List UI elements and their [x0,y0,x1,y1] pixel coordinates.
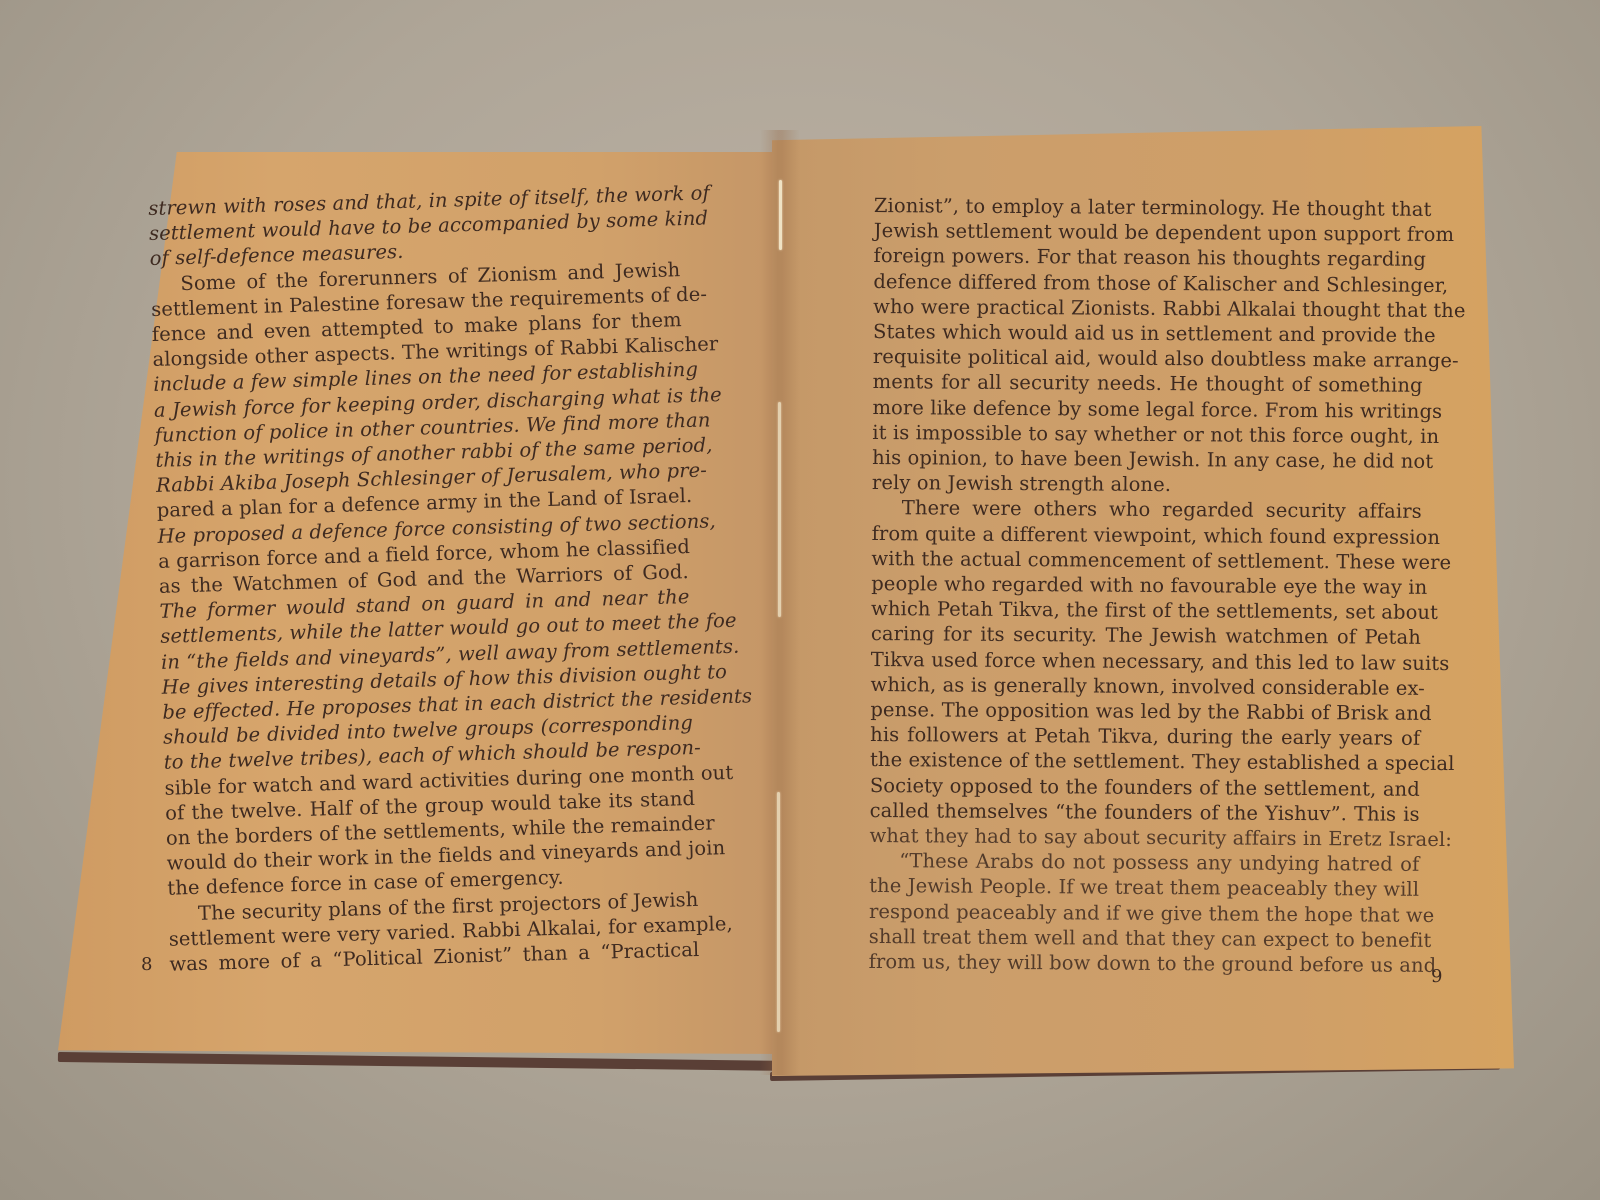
text-line: called themselves “the founders of the Y… [870,798,1420,827]
text-line: defence differed from those of Kalischer… [873,269,1423,298]
text-line: pense. The opposition was led by the Rab… [870,697,1420,726]
text-line: respond peaceably and if we give them th… [869,899,1419,928]
page-number-left: 8 [141,954,152,975]
text-line: rely on Jewish strength alone. [872,470,1422,499]
text-line: from us, they will bow down to the groun… [869,949,1419,978]
left-page-text: strewn with roses and that, in spite of … [148,181,700,977]
binding-stitch-bottom [777,792,780,1032]
text-line: it is impossible to say whether or not t… [872,420,1422,449]
text-line: more like defence by some legal force. F… [872,395,1422,424]
open-book: strewn with roses and that, in spite of … [0,0,1600,1200]
text-line: foreign powers. For that reason his thou… [873,243,1423,272]
right-page-text: Zionist”, to employ a later terminology.… [869,193,1424,978]
text-line: which Petah Tikva, the first of the sett… [871,596,1421,625]
text-line: “These Arabs do not possess any undying … [869,848,1419,877]
text-line: There were others who regarded security … [872,495,1422,524]
text-line: from quite a different viewpoint, which … [872,521,1422,550]
text-line: caring for its security. The Jewish watc… [871,621,1421,650]
text-line: which, as is generally known, involved c… [870,672,1420,701]
text-line: Zionist”, to employ a later terminology.… [874,193,1424,222]
text-line: Society opposed to the founders of the s… [870,773,1420,802]
text-line: with the actual commencement of settleme… [871,546,1421,575]
text-line: Jewish settlement would be dependent upo… [874,218,1424,247]
text-line: his followers at Petah Tikva, during the… [870,722,1420,751]
text-line: his opinion, to have been Jewish. In any… [872,445,1422,474]
text-line: who were practical Zionists. Rabbi Alkal… [873,294,1423,323]
page-number-right: 9 [1431,966,1442,987]
left-page-edge [58,1052,778,1071]
text-line: States which would aid us in settlement … [873,319,1423,348]
text-line: shall treat them well and that they can … [869,924,1419,953]
text-line: people who regarded with no favourable e… [871,571,1421,600]
binding-stitch-top [779,180,782,250]
text-line: the Jewish People. If we treat them peac… [869,873,1419,902]
text-line: the existence of the settlement. They es… [870,747,1420,776]
text-line: ments for all security needs. He thought… [873,369,1423,398]
text-line: what they had to say about security affa… [869,823,1419,852]
binding-stitch-middle [778,402,781,617]
text-line: Tikva used force when necessary, and thi… [871,647,1421,676]
text-line: requisite political aid, would also doub… [873,344,1423,373]
